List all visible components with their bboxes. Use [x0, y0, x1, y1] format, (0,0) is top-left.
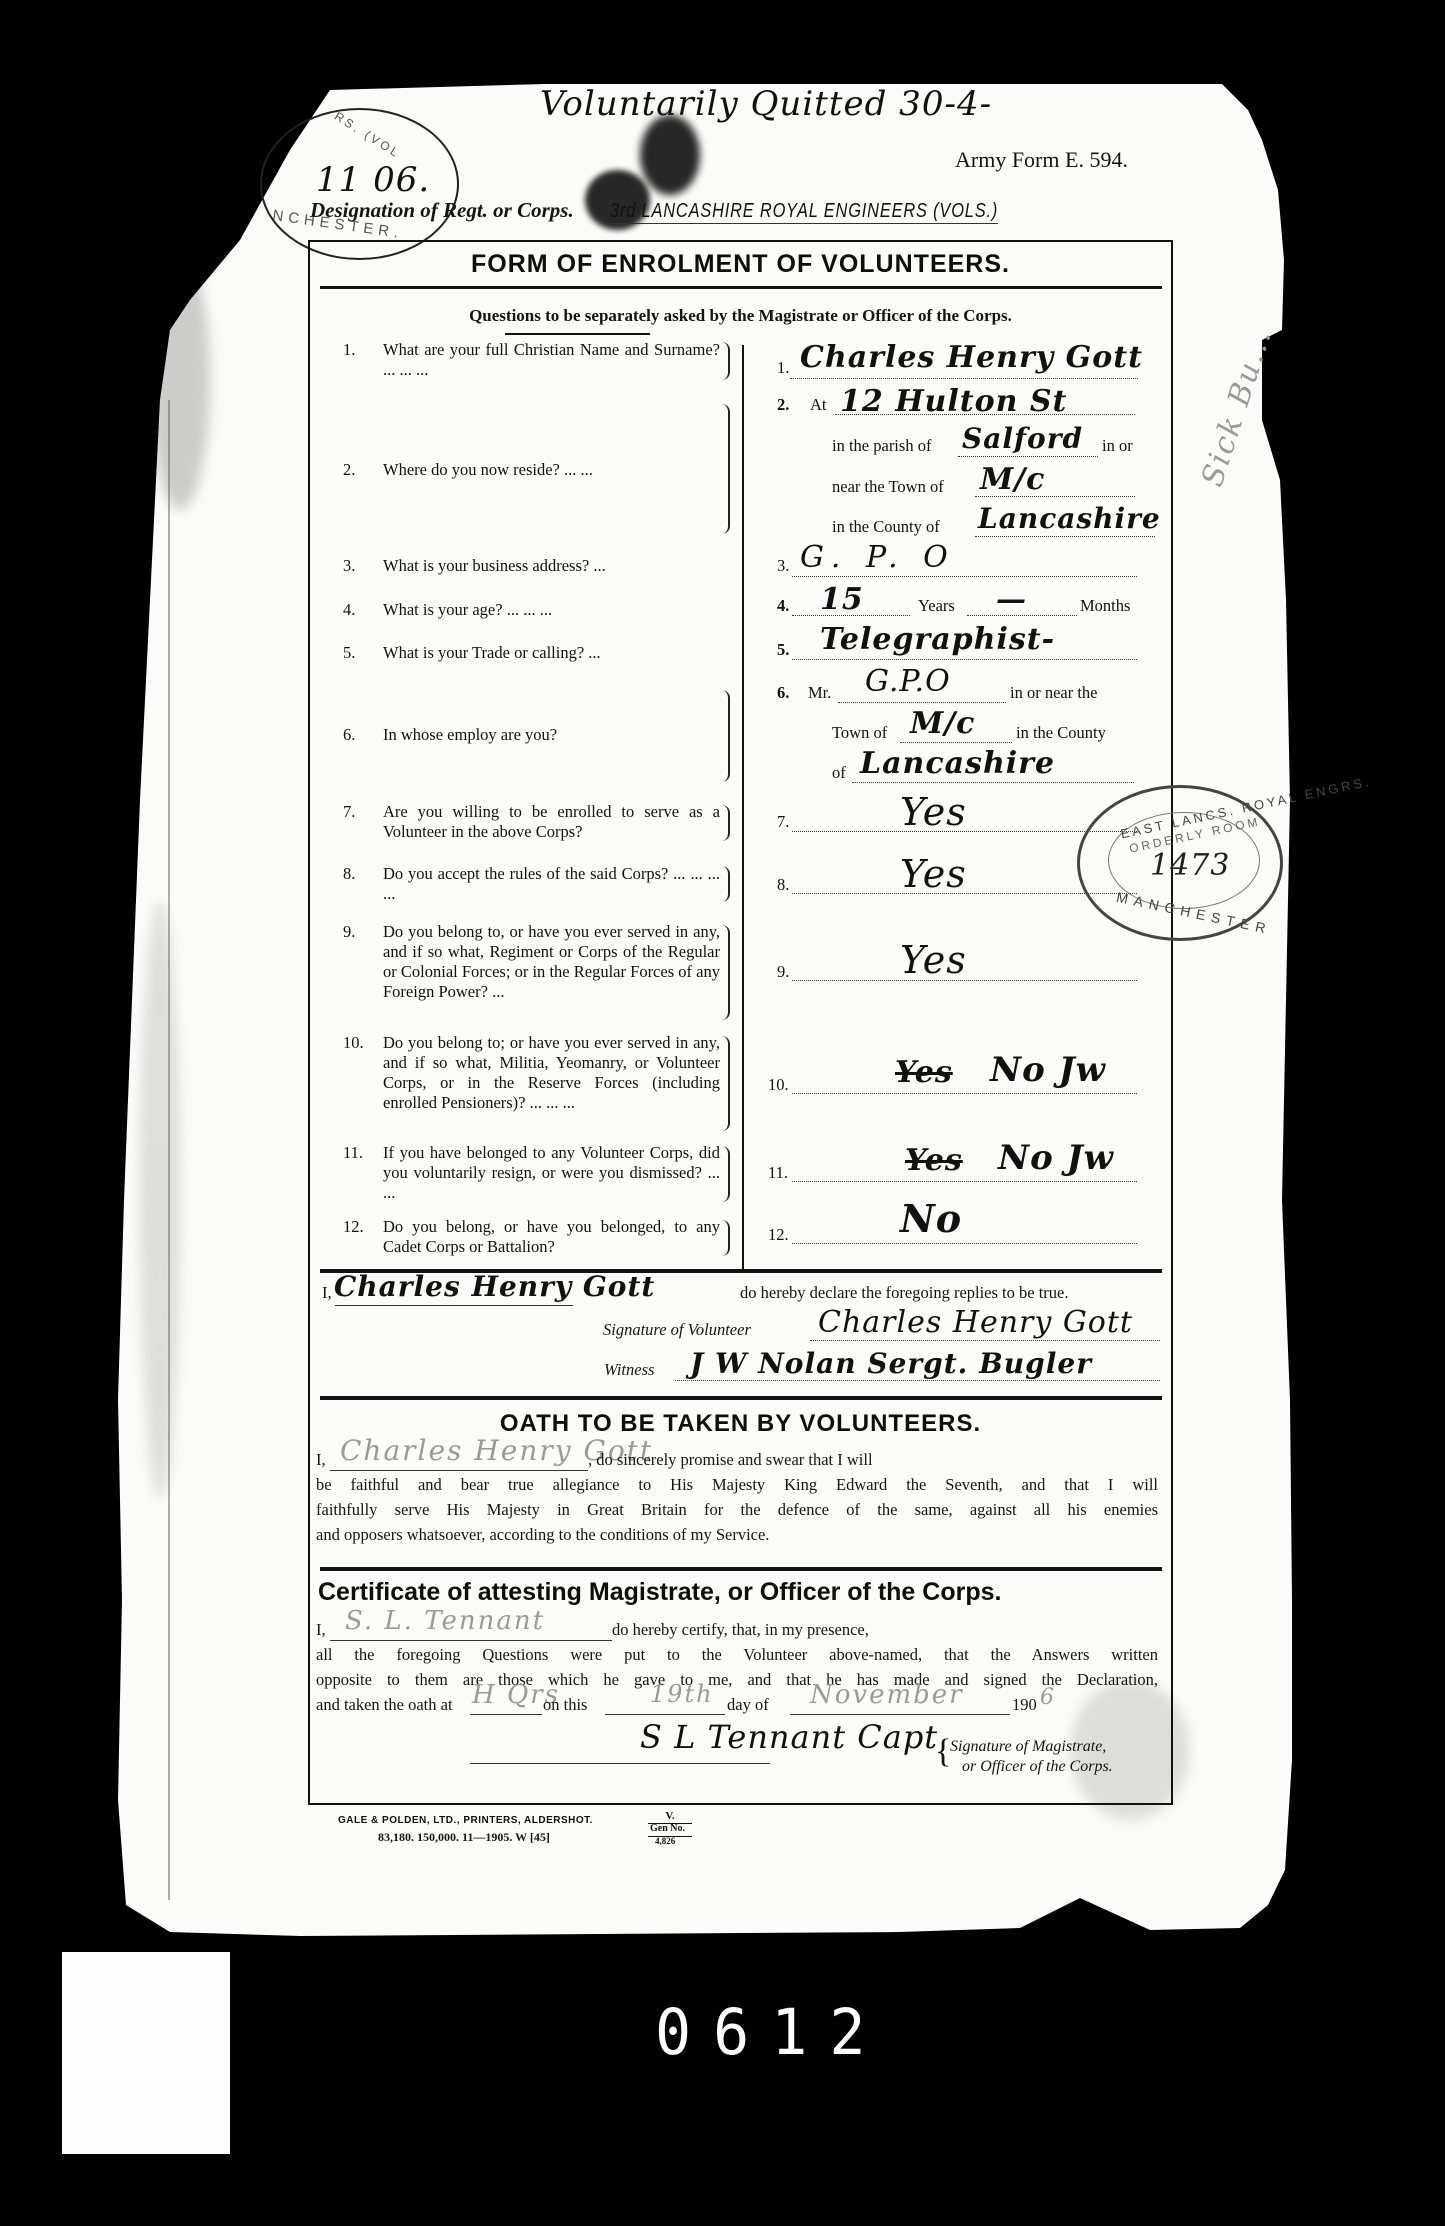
oath-title: OATH TO BE TAKEN BY VOLUNTEERS. [0, 1410, 1445, 1438]
witness-label: Witness [604, 1360, 654, 1380]
bracket [722, 866, 730, 902]
bracket [722, 690, 730, 782]
oath-line-2: be faithful and bear true allegiance to … [316, 1475, 1158, 1495]
answer-line [790, 378, 1138, 379]
answer-4-number: 4. [777, 596, 789, 616]
bracket [722, 1220, 730, 1256]
year-prefix: 190 [1012, 1695, 1037, 1715]
oath-line-1: , do sincerely promise and swear that I … [588, 1450, 873, 1470]
answer-line [675, 1380, 1160, 1381]
oath-month: November [810, 1680, 964, 1710]
signature-label: Signature of Volunteer [603, 1320, 751, 1340]
years-label: Years [918, 596, 955, 616]
answer-line [470, 1714, 542, 1715]
day-of-label: day of [727, 1695, 769, 1715]
answer-2-town: M/c [980, 462, 1045, 497]
stamp-date: 11 06. [316, 160, 430, 200]
of-label: of [832, 763, 846, 783]
bracket [722, 1146, 730, 1202]
answer-line [900, 742, 1012, 743]
question-7: 7.Are you willing to be enrolled to serv… [345, 802, 720, 842]
answer-line [330, 1470, 588, 1471]
question-4: 4.What is your age? ... ... ... [345, 600, 720, 620]
top-annotation: Voluntarily Quitted 30-4- [540, 84, 992, 124]
answer-3-number: 3. [777, 556, 789, 576]
answer-line [792, 1093, 1137, 1094]
designation-value: 3rd LANCASHIRE ROYAL ENGINEERS (VOLS.) [610, 200, 998, 224]
year-suffix: 6 [1040, 1685, 1056, 1710]
answer-10-value: No Jw [990, 1050, 1106, 1090]
film-marker-block [62, 1952, 230, 2154]
town-of-label: Town of [832, 723, 887, 743]
bracket [722, 925, 730, 1020]
answer-4-months: — [996, 582, 1027, 617]
certificate-prefix: I, [316, 1620, 326, 1640]
ref-top: V. [650, 1810, 690, 1822]
answer-11-number: 11. [768, 1163, 788, 1183]
oath-line-3: faithfully serve His Majesty in Great Br… [316, 1500, 1158, 1520]
answer-11-value: No Jw [998, 1138, 1114, 1178]
question-6: 6.In whose employ are you? [345, 725, 720, 745]
answer-11-struck: Yes [905, 1143, 963, 1178]
answer-6-number: 6. [777, 683, 789, 703]
certificate-line-2: all the foregoing Questions were put to … [316, 1645, 1158, 1665]
question-12: 12.Do you belong, or have you belonged, … [345, 1217, 720, 1257]
certifier-name: S. L. Tennant [345, 1606, 545, 1636]
on-this-label: on this [543, 1695, 587, 1715]
answer-line [852, 782, 1134, 783]
oath-line-4: and opposers whatsoever, according to th… [316, 1525, 769, 1545]
form-subtitle: Questions to be separately asked by the … [0, 306, 1445, 326]
answer-line [330, 1640, 612, 1641]
brace: { [935, 1733, 951, 1771]
answer-line [792, 1181, 1137, 1182]
answer-12-number: 12. [768, 1225, 789, 1245]
oath-day: 19th [650, 1680, 714, 1708]
ink-blot [640, 115, 700, 195]
witness-signature: J W Nolan Sergt. Bugler [690, 1347, 1092, 1380]
frame-number: 0612 [655, 1996, 888, 2070]
question-9: 9.Do you belong to, or have you ever ser… [345, 922, 720, 1002]
certificate-line-3: opposite to them are those which he gave… [316, 1670, 1158, 1690]
answer-1-value: Charles Henry Gott [800, 340, 1143, 375]
answer-2-county: Lancashire [978, 502, 1161, 535]
mr-label: Mr. [808, 683, 831, 703]
answer-9-value: Yes [900, 938, 967, 982]
answer-line [790, 1714, 1010, 1715]
bracket [722, 342, 730, 380]
oath-prefix: I, [316, 1450, 326, 1470]
question-11: 11.If you have belonged to any Volunteer… [345, 1143, 720, 1203]
answer-5-value: Telegraphist- [820, 622, 1055, 657]
question-2: 2.Where do you now reside? ... ... [345, 460, 720, 480]
divider [320, 1567, 1162, 1571]
answer-6-employer: G.P.O [865, 664, 951, 699]
answer-10-number: 10. [768, 1075, 789, 1095]
divider [320, 286, 1162, 289]
bracket [722, 1036, 730, 1131]
answer-line [810, 1340, 1160, 1341]
answer-10-struck: Yes [895, 1055, 953, 1090]
declaration-prefix: I, [322, 1283, 332, 1303]
answer-line [838, 702, 1006, 703]
question-5: 5.What is your Trade or calling? ... [345, 643, 720, 663]
form-number: Army Form E. 594. [955, 147, 1128, 173]
answer-4-years: 15 [820, 582, 864, 617]
declaration-text: do hereby declare the foregoing replies … [740, 1283, 1069, 1303]
answer-2-parish: Salford [962, 422, 1083, 455]
answer-line [975, 536, 1155, 537]
answer-6-town: M/c [910, 706, 975, 741]
magistrate-label-1: Signature of Magistrate, [950, 1738, 1106, 1756]
answer-2-number: 2. [777, 395, 789, 415]
form-title: FORM OF ENROLMENT OF VOLUNTEERS. [0, 250, 1445, 279]
stain [150, 250, 210, 510]
certificate-line-4: and taken the oath at [316, 1695, 453, 1715]
answer-12-value: No [900, 1196, 962, 1241]
column-divider [742, 345, 744, 1270]
print-run: 83,180. 150,000. 11—1905. W [45] [378, 1830, 550, 1845]
printer-name: GALE & POLDEN, LTD., PRINTERS, ALDERSHOT… [338, 1815, 593, 1826]
bracket [722, 805, 730, 841]
at-label: At [810, 395, 827, 415]
question-1: 1.What are your full Christian Name and … [345, 340, 720, 380]
officer-signature: S L Tennant Capt [640, 1718, 938, 1756]
bracket [722, 404, 730, 534]
question-8: 8.Do you accept the rules of the said Co… [345, 864, 720, 904]
divider [320, 1396, 1162, 1400]
question-3: 3.What is your business address? ... [345, 556, 720, 576]
answer-line [335, 1305, 573, 1306]
in-county-label: in the County [1016, 723, 1106, 743]
signature-line [470, 1763, 770, 1764]
answer-7-value: Yes [900, 790, 967, 834]
months-label: Months [1080, 596, 1130, 616]
answer-9-number: 9. [777, 962, 789, 982]
county-label: in the County of [832, 517, 940, 537]
parish-label: in the parish of [832, 436, 931, 456]
answer-8-value: Yes [900, 852, 967, 896]
answer-line [792, 659, 1137, 660]
answer-line [958, 456, 1098, 457]
answer-line [792, 576, 1137, 577]
question-10: 10.Do you belong to; or have you ever se… [345, 1033, 720, 1113]
answer-1-number: 1. [777, 358, 789, 378]
stamp-number: 1473 [1150, 848, 1230, 883]
volunteer-signature: Charles Henry Gott [818, 1305, 1133, 1340]
town-label: near the Town of [832, 477, 944, 497]
answer-8-number: 8. [777, 875, 789, 895]
designation-label: Designation of Regt. or Corps. [310, 198, 574, 223]
magistrate-label-2: or Officer of the Corps. [962, 1758, 1113, 1776]
answer-6-county: Lancashire [860, 746, 1055, 781]
ref-mid: Gen No. [650, 1823, 685, 1834]
declaration-name: Charles Henry Gott [334, 1270, 655, 1303]
answer-2-address: 12 Hulton St [840, 384, 1067, 419]
near-label: in or near the [1010, 683, 1098, 703]
answer-line [792, 1243, 1137, 1244]
certificate-line-1: do hereby certify, that, in my presence, [612, 1620, 869, 1640]
divider [505, 333, 650, 335]
ref-bottom: 4,826 [655, 1836, 675, 1846]
answer-3-value: G. P. O [800, 540, 956, 575]
fold-line [168, 400, 170, 1900]
parish-suffix: in or [1102, 436, 1133, 456]
answer-5-number: 5. [777, 640, 789, 660]
answer-7-number: 7. [777, 812, 789, 832]
answer-line [605, 1714, 725, 1715]
certificate-title: Certificate of attesting Magistrate, or … [318, 1578, 1001, 1607]
